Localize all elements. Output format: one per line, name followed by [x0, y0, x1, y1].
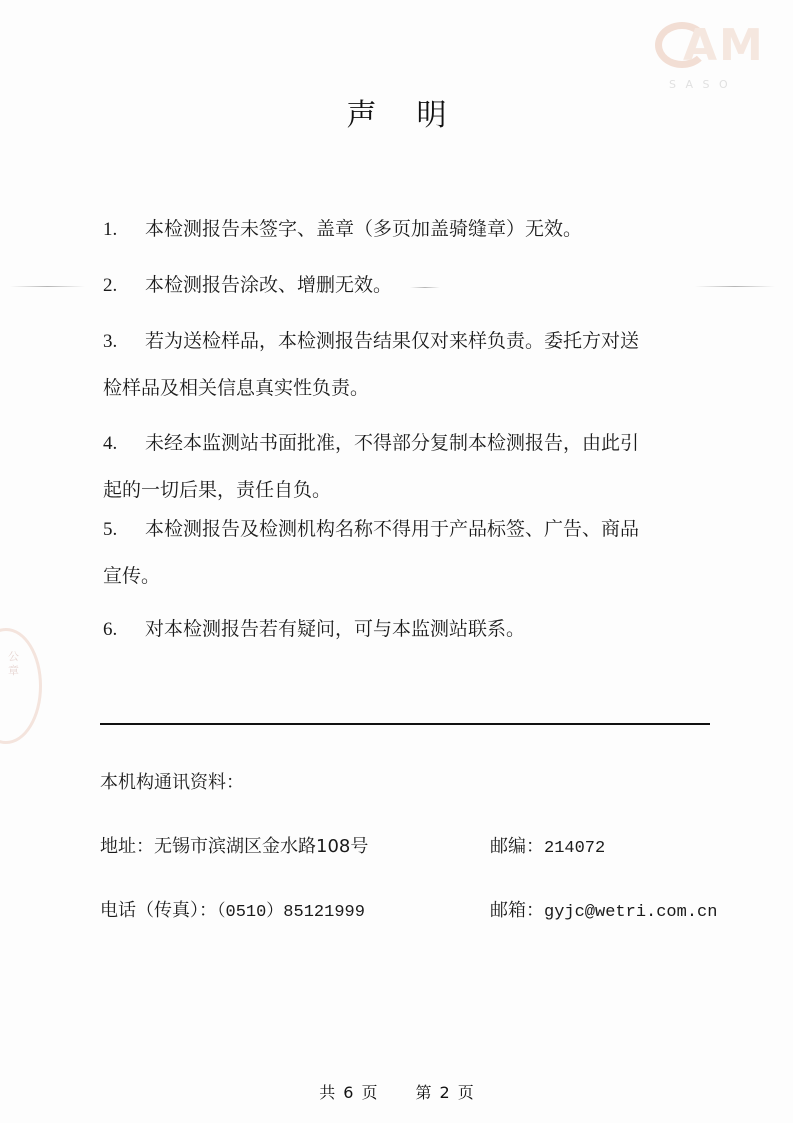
- email-line: 邮箱：gyjc@wetri.com.cn: [490, 896, 717, 922]
- address-label: 地址：: [100, 836, 154, 857]
- current-page: 2: [440, 1083, 450, 1102]
- statement-item-3: 3.若为送检样品，本检测报告结果仅对来样负责。委托方对送 检样品及相关信息真实性…: [103, 318, 708, 412]
- current-suffix: 页: [458, 1083, 474, 1102]
- item-text-continued: 宣传。: [103, 553, 708, 600]
- total-pages: 6: [343, 1083, 353, 1102]
- item-text-continued: 检样品及相关信息真实性负责。: [103, 365, 708, 412]
- address-line: 地址：无锡市滨湖区金水路108号: [100, 832, 368, 858]
- item-text: 本检测报告涂改、增删无效。: [145, 274, 392, 296]
- phone-line: 电话（传真）：（0510）85121999: [100, 896, 365, 922]
- item-number: 6.: [103, 606, 145, 653]
- item-text: 未经本监测站书面批准，不得部分复制本检测报告，由此引: [145, 432, 639, 454]
- statement-item-6: 6.对本检测报告若有疑问，可与本监测站联系。: [103, 606, 708, 653]
- statement-item-2: 2.本检测报告涂改、增删无效。: [103, 262, 708, 309]
- postcode-line: 邮编：214072: [490, 832, 605, 858]
- phone-value: （0510）85121999: [217, 903, 365, 922]
- item-number: 2.: [103, 262, 145, 309]
- postcode-value: 214072: [544, 839, 605, 858]
- current-prefix: 第: [416, 1083, 432, 1102]
- item-text: 本检测报告及检测机构名称不得用于产品标签、广告、商品: [145, 518, 639, 540]
- statement-item-1: 1.本检测报告未签字、盖章（多页加盖骑缝章）无效。: [103, 206, 708, 253]
- page-title: 声明: [0, 90, 793, 134]
- item-number: 3.: [103, 318, 145, 365]
- contact-heading: 本机构通讯资料：: [100, 768, 244, 794]
- fold-mark-left: [10, 286, 85, 287]
- item-number: 4.: [103, 420, 145, 467]
- page-footer: 共6页第2页: [0, 1080, 793, 1103]
- seal-text: 公章: [8, 650, 26, 678]
- section-divider: [100, 723, 710, 725]
- email-label: 邮箱：: [490, 900, 544, 921]
- total-suffix: 页: [361, 1083, 377, 1102]
- item-text: 若为送检样品，本检测报告结果仅对来样负责。委托方对送: [145, 330, 639, 352]
- item-number: 1.: [103, 206, 145, 253]
- item-text: 对本检测报告若有疑问，可与本监测站联系。: [145, 618, 525, 640]
- statement-item-4: 4.未经本监测站书面批准，不得部分复制本检测报告，由此引 起的一切后果，责任自负…: [103, 420, 708, 514]
- phone-label: 电话（传真）：: [100, 900, 217, 921]
- total-prefix: 共: [319, 1083, 335, 1102]
- seal-stamp-icon: [0, 628, 42, 744]
- statement-item-5: 5.本检测报告及检测机构名称不得用于产品标签、广告、商品 宣传。: [103, 506, 708, 600]
- item-number: 5.: [103, 506, 145, 553]
- postcode-label: 邮编：: [490, 836, 544, 857]
- document-page: AM S A S O 公章 声明 1.本检测报告未签字、盖章（多页加盖骑缝章）无…: [0, 0, 793, 1123]
- logo-letters: AM: [683, 20, 765, 71]
- address-value: 无锡市滨湖区金水路108号: [154, 836, 368, 857]
- item-text: 本检测报告未签字、盖章（多页加盖骑缝章）无效。: [145, 218, 582, 240]
- watermark-logo: AM S A S O: [655, 18, 793, 98]
- email-value: gyjc@wetri.com.cn: [544, 903, 717, 922]
